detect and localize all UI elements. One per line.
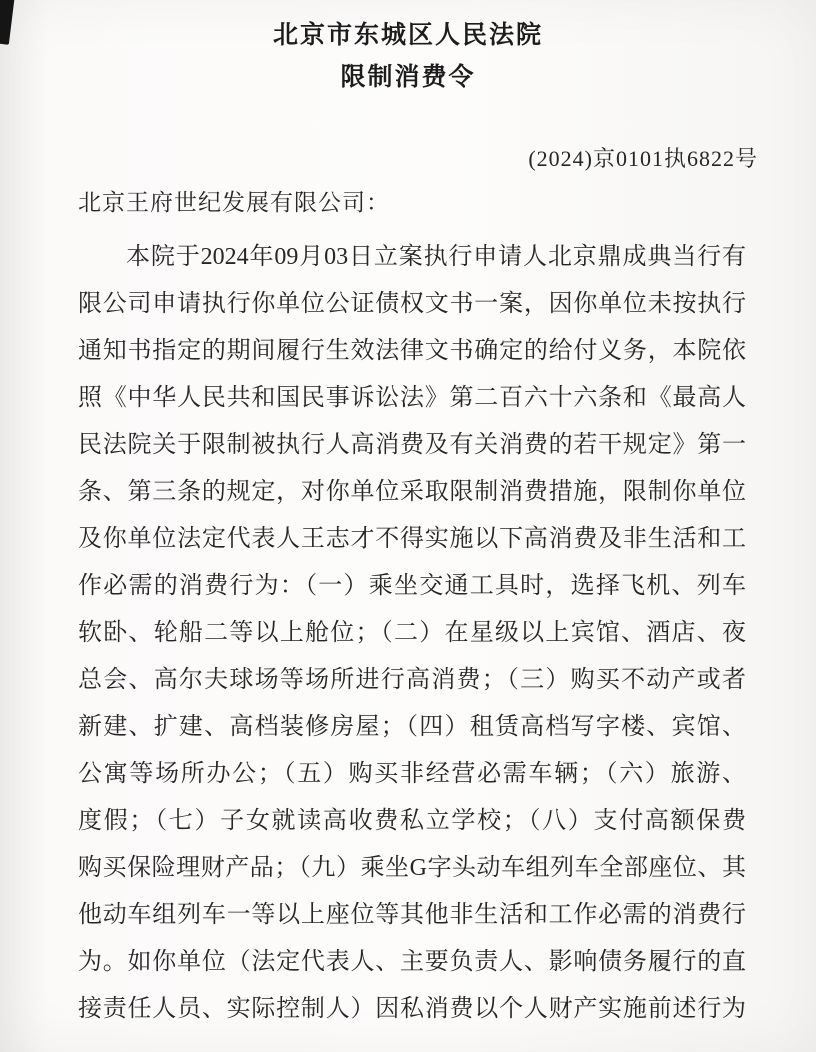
body-line: 总会、高尔夫球场等场所进行高消费；（三）购买不动产或者 (78, 657, 746, 704)
body-line: 为。如你单位（法定代表人、主要负责人、影响债务履行的直 (78, 939, 746, 986)
body-line: 新建、扩建、高档装修房屋；（四）租赁高档写字楼、宾馆、 (78, 704, 746, 751)
body-line: 限公司申请执行你单位公证债权文书一案，因你单位未按执行 (78, 281, 746, 328)
addressee-line: 北京王府世纪发展有限公司： (78, 188, 390, 218)
body-line: 接责任人员、实际控制人）因私消费以个人财产实施前述行为 (78, 986, 746, 1033)
body-line: 照《中华人民共和国民事诉讼法》第二百六十六条和《最高人 (78, 375, 746, 422)
document-body: 本院于2024年09月03日立案执行申请人北京鼎成典当行有 限公司申请执行你单位… (78, 234, 746, 1033)
body-line: 他动车组列车一等以上座位等其他非生活和工作必需的消费行 (78, 892, 746, 939)
body-line: 及你单位法定代表人王志才不得实施以下高消费及非生活和工 (78, 516, 746, 563)
body-line: 条、第三条的规定，对你单位采取限制消费措施，限制你单位 (78, 469, 746, 516)
case-number: (2024)京0101执6822号 (528, 144, 758, 174)
document-title: 限制消费令 (0, 62, 816, 94)
body-line: 购买保险理财产品；（九）乘坐G字头动车组列车全部座位、其 (78, 845, 746, 892)
court-name: 北京市东城区人民法院 (0, 20, 816, 52)
body-line: 公寓等场所办公；（五）购买非经营必需车辆；（六）旅游、 (78, 751, 746, 798)
scanned-document-page: 北京市东城区人民法院 限制消费令 (2024)京0101执6822号 北京王府世… (0, 0, 816, 1052)
body-line: 通知书指定的期间履行生效法律文书确定的给付义务，本院依 (78, 328, 746, 375)
body-line: 民法院关于限制被执行人高消费及有关消费的若干规定》第一 (78, 422, 746, 469)
body-line: 本院于2024年09月03日立案执行申请人北京鼎成典当行有 (78, 234, 746, 281)
body-line: 软卧、轮船二等以上舱位；（二）在星级以上宾馆、酒店、夜 (78, 610, 746, 657)
body-line: 作必需的消费行为：（一）乘坐交通工具时，选择飞机、列车 (78, 563, 746, 610)
body-line: 度假；（七）子女就读高收费私立学校；（八）支付高额保费 (78, 798, 746, 845)
